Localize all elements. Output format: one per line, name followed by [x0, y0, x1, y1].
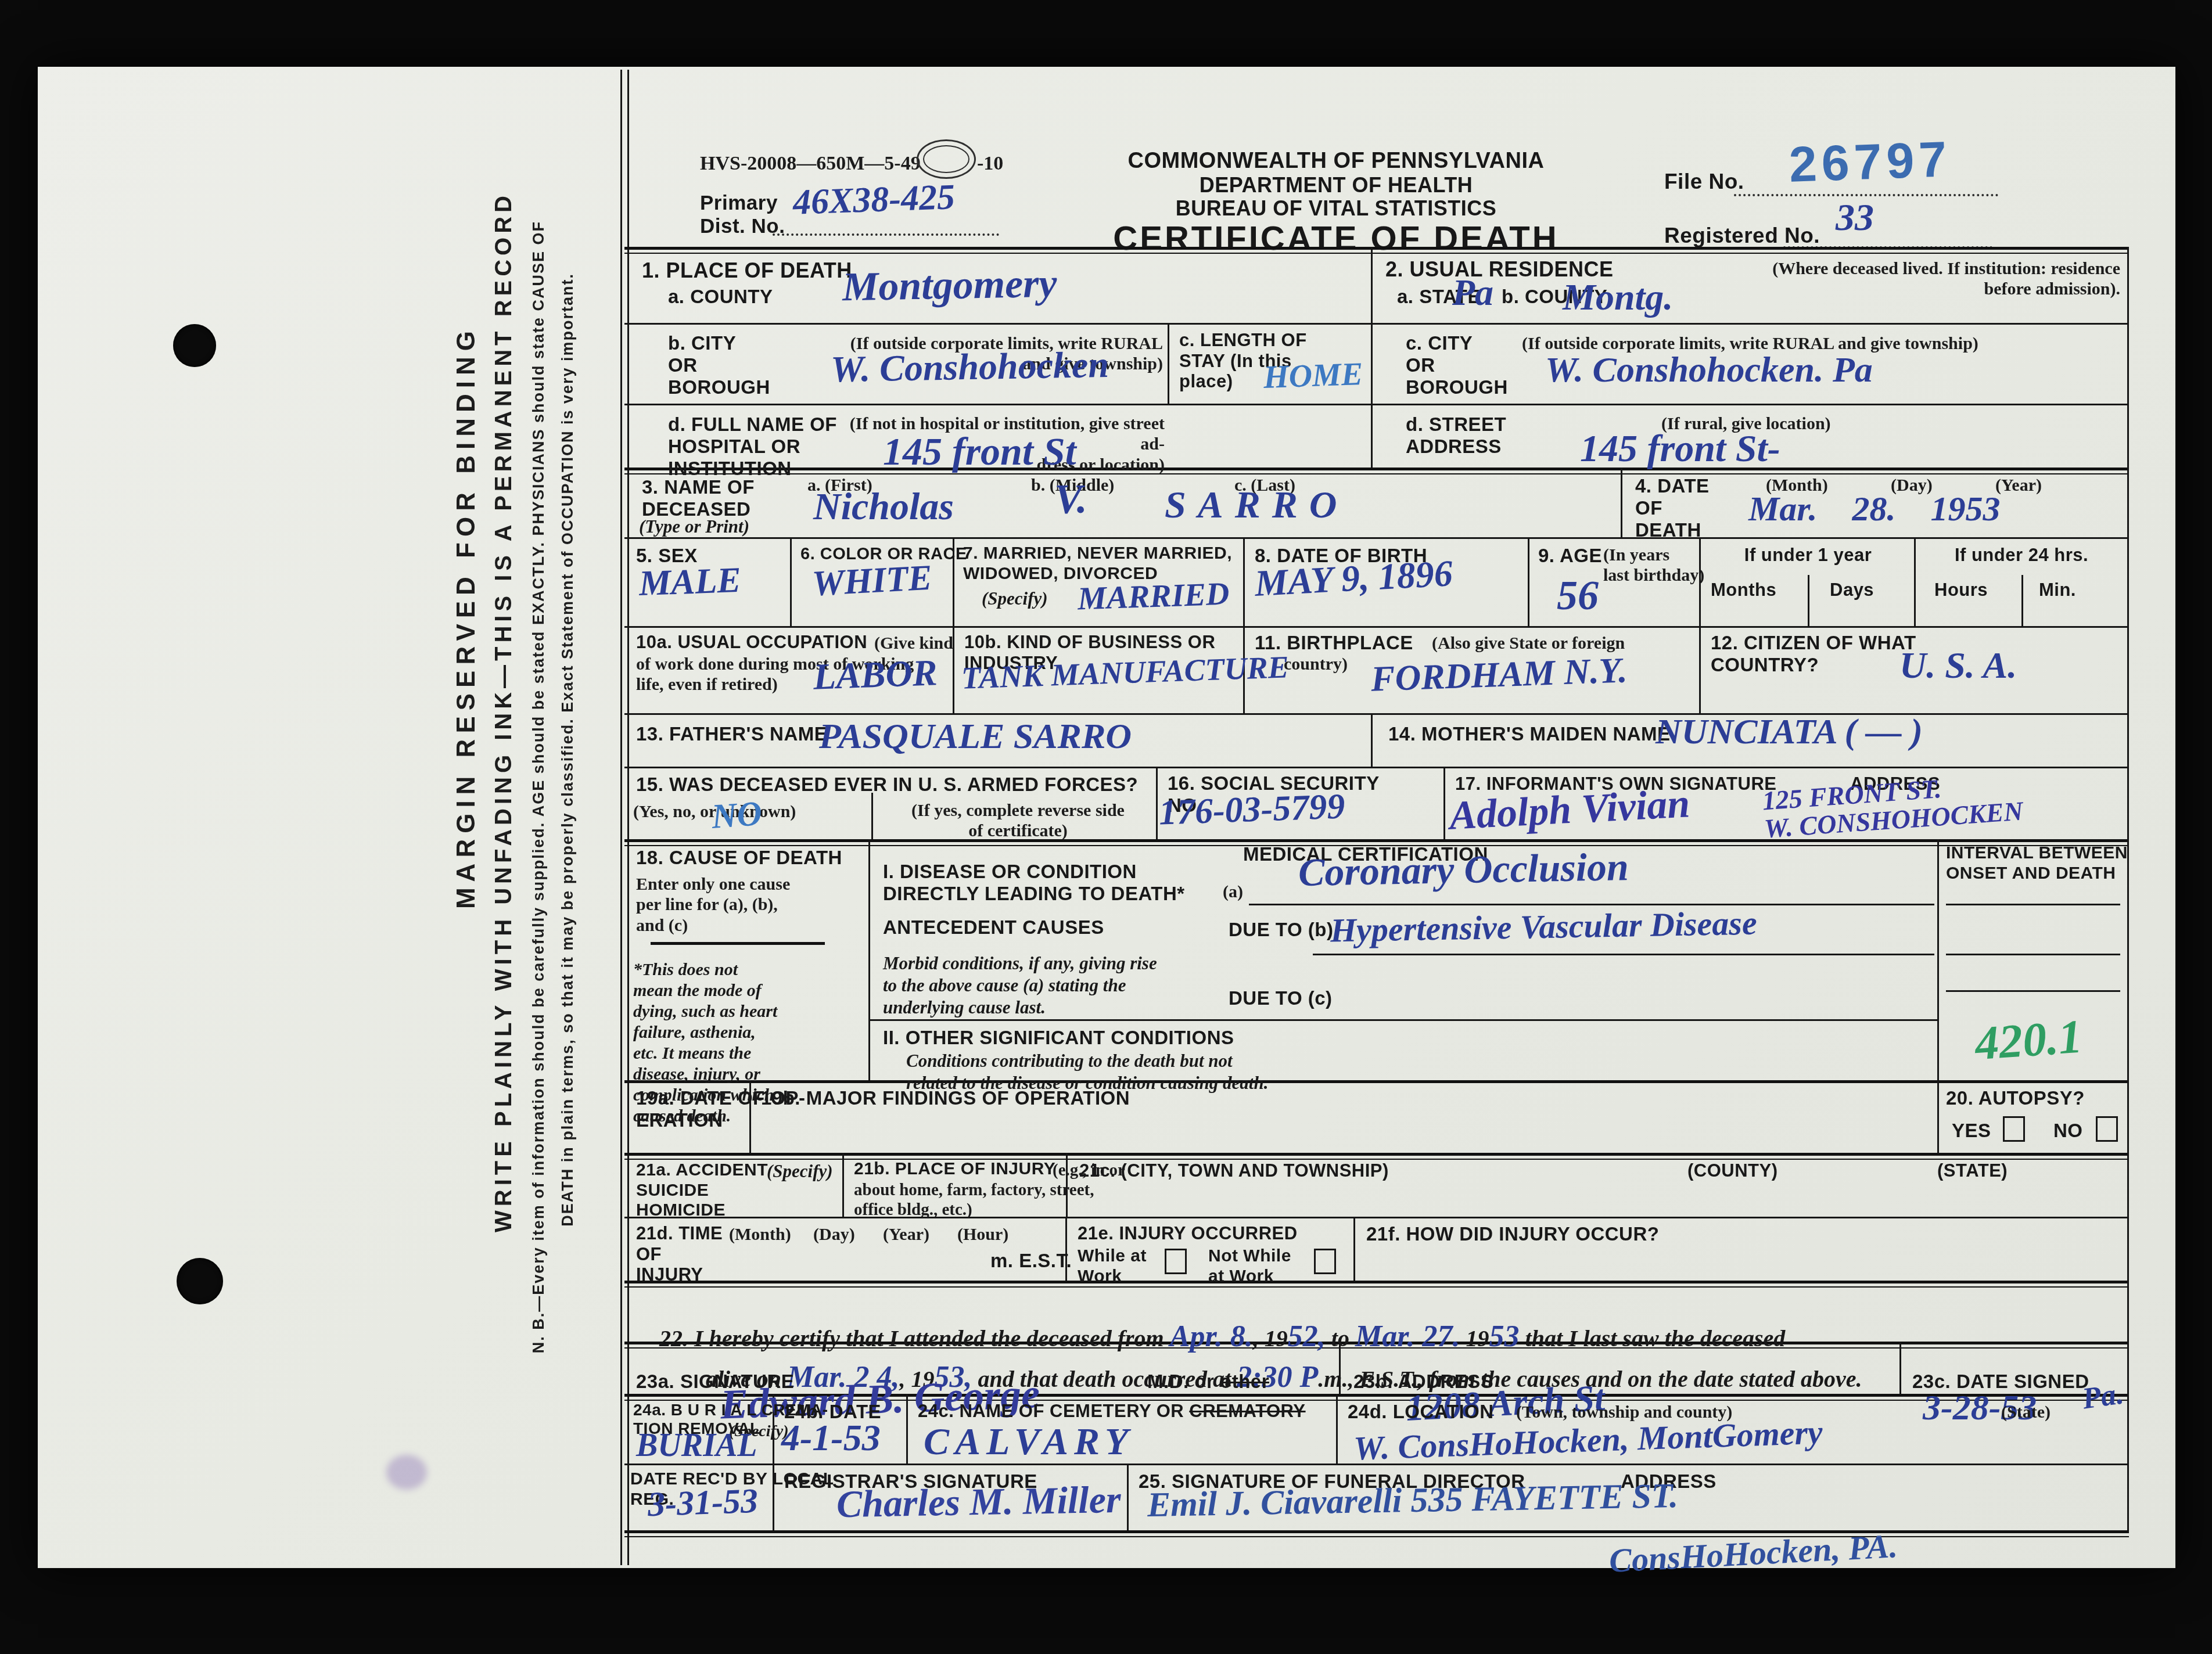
rule: [1946, 990, 2120, 992]
registrar-signature-value: Charles M. Miller: [836, 1480, 1121, 1525]
occupation-paren1: (Give kind: [874, 633, 953, 653]
residence-city-value: W. Conshohocken. Pa: [1545, 351, 1873, 389]
registered-no-label: Registered No.: [1664, 224, 1820, 249]
rule: [624, 626, 2129, 628]
morbid-text: Morbid conditions, if any, giving rise t…: [883, 952, 1157, 1018]
occupation-value: LABOR: [813, 653, 938, 696]
injury-not-while-label: Not While at Work: [1208, 1246, 1291, 1286]
injury-day-label: (Day): [813, 1224, 855, 1245]
armed-forces-label: 15. WAS DECEASED EVER IN U. S. ARMED FOR…: [636, 774, 1138, 796]
rule: [2127, 247, 2129, 1530]
city-value: W. Conshohocken: [830, 345, 1109, 389]
rule: [624, 767, 2129, 768]
rule: [1528, 537, 1529, 626]
injury-specify: (Specify): [767, 1160, 833, 1182]
autopsy-no-checkbox: [2096, 1116, 2118, 1142]
institution-label: d. FULL NAME OF HOSPITAL OR INSTITUTION: [668, 413, 837, 480]
state-value: Pa: [1452, 273, 1493, 312]
rule: [1914, 537, 1916, 626]
father-value: PASQUALE SARRO: [819, 718, 1132, 756]
min-label: Min.: [2039, 580, 2076, 601]
rule: [624, 537, 2129, 539]
commonwealth-line: COMMONWEALTH OF PENNSYLVANIA: [1075, 149, 1597, 174]
type-or-print: (Type or Print): [639, 516, 749, 538]
crematory-label-struck: CREMATORY: [1189, 1401, 1305, 1421]
days-label: Days: [1830, 580, 1874, 601]
date-of-death-value: Mar. 28. 1953: [1748, 491, 2000, 527]
rule: [1937, 839, 1939, 1153]
last-name-value: SARRO: [1165, 485, 1348, 525]
injury-not-while-checkbox: [1314, 1249, 1336, 1274]
armed-forces-value: NO: [710, 795, 763, 835]
rule: [1621, 468, 1622, 537]
sex-value: MALE: [638, 562, 742, 603]
institution-value: 145 front St: [883, 431, 1076, 472]
residence-county-value: Montg.: [1563, 278, 1673, 317]
rule: [1168, 323, 1169, 404]
dod-year-label: (Year): [1995, 475, 2042, 495]
primary-dist-value: 46X38-425: [792, 178, 956, 222]
rule: [620, 70, 629, 1565]
hole-punch: [177, 1258, 223, 1304]
citizenship-label: 12. CITIZEN OF WHAT COUNTRY?: [1711, 632, 1916, 676]
rule: [1127, 1464, 1129, 1530]
margin-note-ink: WRITE PLAINLY WITH UNFADING INK—THIS IS …: [491, 192, 517, 1232]
rule: [2021, 575, 2023, 626]
rule: [624, 1281, 2129, 1288]
under-24hr-label: If under 24 hrs.: [1920, 545, 2123, 566]
rule: [624, 1217, 2129, 1218]
department-line: DEPARTMENT OF HEALTH: [1075, 173, 1597, 197]
rule: [1946, 954, 2120, 955]
race-value: WHITE: [811, 559, 933, 603]
other-significant-label: II. OTHER SIGNIFICANT CONDITIONS: [883, 1027, 1234, 1049]
hole-punch: [173, 324, 216, 367]
injury-hour-label: (Hour): [957, 1224, 1008, 1245]
primary-dist-label: Primary Dist. No.: [700, 192, 785, 239]
autopsy-no-label: NO: [2053, 1120, 2083, 1142]
autopsy-label: 20. AUTOPSY?: [1946, 1087, 2085, 1109]
autopsy-yes-checkbox: [2003, 1116, 2025, 1142]
interval-label: INTERVAL BETWEEN ONSET AND DEATH: [1946, 843, 2128, 883]
margin-note-nb-2: DEATH in plain terms, so that it may be …: [559, 273, 577, 1227]
rule: [651, 942, 825, 945]
rule: [1313, 954, 1934, 955]
md-label: M.D. or: [1147, 1371, 1220, 1392]
date-of-death-title: 4. DATE OF DEATH: [1635, 475, 1710, 541]
place-of-death-title: 1. PLACE OF DEATH: [642, 258, 852, 282]
injury-state-label: (STATE): [1937, 1160, 2008, 1181]
cause-a-value: Coronary Occlusion: [1298, 846, 1629, 893]
disposition-date-value: 4-1-53: [781, 1418, 881, 1457]
rule: [624, 1080, 2129, 1083]
injury-occurred-label: 21e. INJURY OCCURRED: [1078, 1223, 1298, 1244]
mother-label: 14. MOTHER'S MAIDEN NAME: [1388, 723, 1671, 745]
rule: [624, 1153, 2129, 1160]
ssn-value: 176-03-5799: [1158, 788, 1345, 832]
residence-city-label: c. CITY OR BOROUGH: [1406, 332, 1508, 398]
injury-how-label: 21f. HOW DID INJURY OCCUR?: [1366, 1223, 1659, 1245]
rule: [1156, 767, 1158, 839]
injury-while-label: While at Work: [1078, 1246, 1147, 1286]
injury-mest-label: m. E.S.T.: [990, 1250, 1072, 1272]
rule: [1243, 537, 1245, 626]
age-value: 56: [1557, 574, 1599, 618]
rule: [868, 839, 870, 1080]
injury-year-label: (Year): [883, 1224, 929, 1245]
father-label: 13. FATHER'S NAME: [636, 723, 827, 745]
md-or-other-label: M.D. or other: [1147, 1371, 1269, 1393]
operation-findings-label: 19b. MAJOR FINDINGS OF OPERATION: [761, 1087, 1130, 1109]
cause-b-value: Hypertensive Vascular Disease: [1330, 906, 1758, 949]
mother-value: NUNCIATA ( — ): [1656, 713, 1923, 751]
age-label: 9. AGE: [1538, 545, 1602, 567]
rule: [1808, 575, 1809, 626]
file-no-value: 26797: [1788, 131, 1952, 194]
injury-while-checkbox: [1165, 1249, 1187, 1274]
citizenship-value: U. S. A.: [1899, 646, 2017, 685]
rule: [1899, 1342, 1901, 1394]
due-to-b-label: DUE TO (b): [1229, 919, 1333, 941]
form-code-suffix: -10: [977, 152, 1003, 175]
street-label: d. STREET ADDRESS: [1406, 413, 1506, 458]
form-code: HVS-20008—650M—5-49: [700, 152, 921, 175]
margin-note-binding: MARGIN RESERVED FOR BINDING: [452, 325, 481, 909]
rule: [624, 404, 2129, 405]
date-received-value: 3-31-53: [647, 1483, 759, 1523]
county-value: Montgomery: [842, 263, 1057, 309]
cause-note1: Enter only one cause per line for (a), (…: [636, 874, 790, 936]
birthplace-paren2: country): [1284, 654, 1348, 674]
state-seal-icon: [917, 139, 976, 179]
cause-code-value: 420.1: [1973, 1012, 2084, 1069]
rule: [624, 1530, 2129, 1537]
registered-no-value: 33: [1836, 197, 1874, 238]
injury-place-paren2: about home, farm, factory, street, offic…: [854, 1180, 1094, 1220]
margin-note-nb-1: N. B.—Every item of information should b…: [530, 221, 548, 1353]
under-1yr-label: If under 1 year: [1705, 545, 1911, 566]
rule: [1371, 713, 1373, 767]
rule: [624, 247, 2129, 254]
rule: [1353, 1217, 1355, 1281]
name-title: 3. NAME OF DECEASED: [642, 476, 755, 520]
rule: [624, 323, 2129, 325]
stay-value: HOME: [1263, 357, 1363, 395]
street-value: 145 front St-: [1580, 429, 1780, 469]
cemetery-label: 24c. NAME OF CEMETERY OR CREMATORY: [918, 1401, 1306, 1422]
first-name-value: Nicholas: [813, 487, 954, 527]
bureau-line: BUREAU OF VITAL STATISTICS: [1075, 196, 1597, 220]
city-label: b. CITY OR BOROUGH: [668, 332, 770, 398]
occupation-label: 10a. USUAL OCCUPATION: [636, 632, 867, 653]
injury-place-label: 21b. PLACE OF INJURY: [854, 1159, 1055, 1180]
age-paren: (In years last birthday): [1603, 545, 1704, 586]
rule: [871, 793, 873, 839]
rule: [842, 1153, 844, 1217]
cemetery-label-text: 24c. NAME OF CEMETERY OR: [918, 1401, 1189, 1421]
antecedent-label: ANTECEDENT CAUSES: [883, 916, 1104, 939]
armed-forces-sub2: (If yes, complete reverse side of certif…: [883, 800, 1153, 842]
middle-name-value: V.: [1054, 477, 1087, 522]
usual-residence-paren: (Where deceased lived. If institution: r…: [1667, 258, 2120, 300]
disease-label: I. DISEASE OR CONDITION DIRECTLY LEADING…: [883, 861, 1185, 905]
injury-city-label: 21c. (CITY, TOWN AND TOWNSHIP): [1079, 1160, 1389, 1181]
marital-value: MARRIED: [1077, 577, 1230, 616]
cause-of-death-label: 18. CAUSE OF DEATH: [636, 847, 842, 869]
rule: [790, 537, 792, 626]
ink-smudge: [386, 1455, 427, 1490]
birthplace-paren1: (Also give State or foreign: [1432, 633, 1625, 653]
months-label: Months: [1711, 580, 1776, 601]
injury-county-label: (COUNTY): [1687, 1160, 1778, 1181]
location-label: 24d. LOCATION: [1348, 1401, 1494, 1423]
rule: [868, 1019, 1937, 1021]
rule: [1443, 767, 1445, 839]
hours-label: Hours: [1934, 580, 1988, 601]
scanned-death-certificate: MARGIN RESERVED FOR BINDING WRITE PLAINL…: [0, 0, 2212, 1654]
rule: [1946, 904, 2120, 905]
injury-kind-label: 21a. ACCIDENT SUICIDE HOMICIDE: [636, 1160, 768, 1221]
injury-time-label: 21d. TIME OF INJURY: [636, 1223, 723, 1285]
file-no-label: File No.: [1664, 170, 1744, 195]
due-to-c-label: DUE TO (c): [1229, 987, 1333, 1009]
other-label-struck: other: [1220, 1371, 1269, 1392]
rule: [773, 233, 999, 236]
rule: [1699, 626, 1701, 713]
county-label: a. COUNTY: [668, 286, 773, 308]
rule: [1371, 247, 1373, 468]
disposition-type-value: BURIAL: [636, 1429, 757, 1463]
autopsy-yes-label: YES: [1952, 1120, 1991, 1142]
injury-month-label: (Month): [729, 1224, 791, 1245]
disease-a-tag: (a): [1223, 882, 1243, 902]
cemetery-value: CALVARY: [924, 1422, 1134, 1462]
birthplace-label: 11. BIRTHPLACE: [1255, 632, 1413, 654]
marital-specify: (Specify): [982, 588, 1048, 610]
rule: [1249, 904, 1934, 905]
